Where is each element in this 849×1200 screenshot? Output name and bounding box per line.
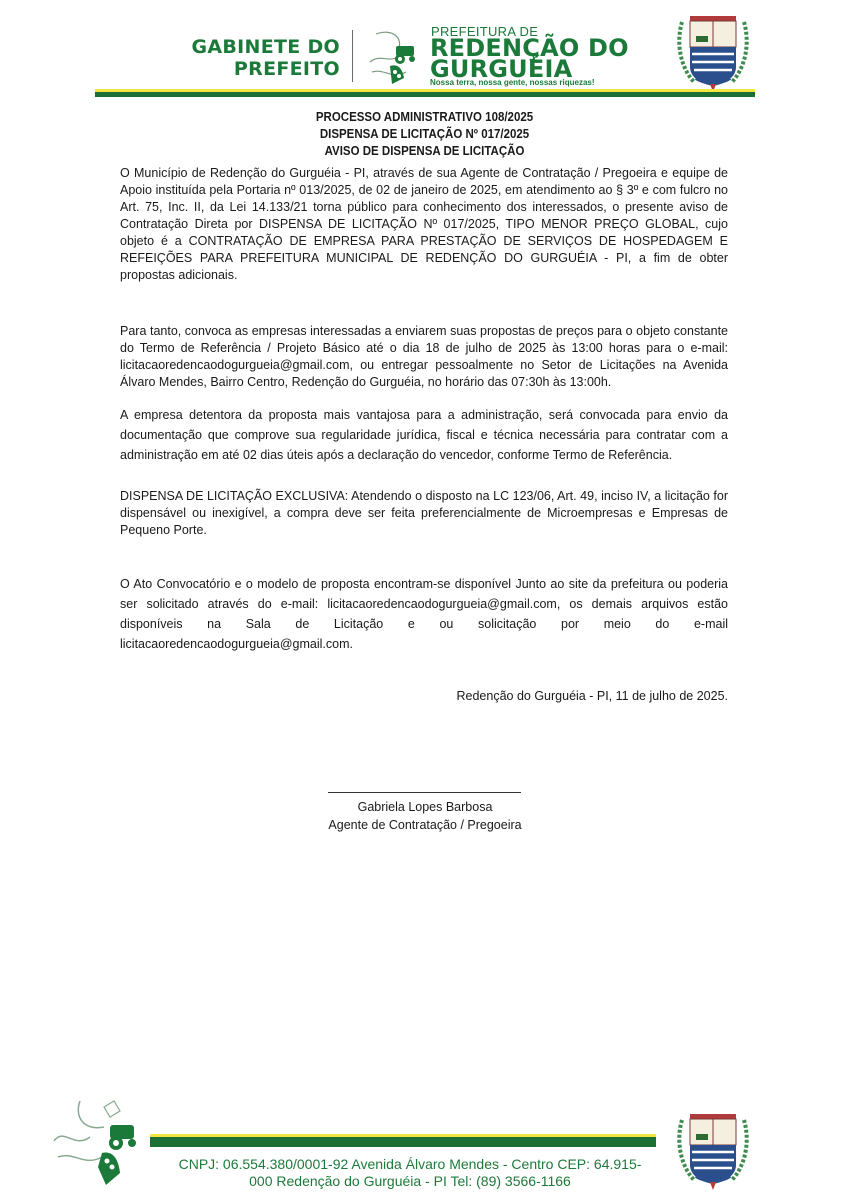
paragraph-documents: O Ato Convocatório e o modelo de propost… xyxy=(120,574,728,654)
paragraph-intro: O Município de Redenção do Gurguéia - PI… xyxy=(120,165,728,284)
signer-role: Agente de Contratação / Pregoeira xyxy=(280,816,570,834)
agriculture-emblem-icon xyxy=(362,22,428,88)
signature-block: Gabriela Lopes Barbosa Agente de Contrat… xyxy=(280,798,570,834)
slogan: Nossa terra, nossa gente, nossas riqueza… xyxy=(430,78,595,87)
paragraph-winner: A empresa detentora da proposta mais van… xyxy=(120,405,728,465)
footer-rule-green xyxy=(150,1137,656,1147)
signature-line xyxy=(328,792,521,793)
office-line-1: GABINETE DO xyxy=(190,36,340,58)
signer-name: Gabriela Lopes Barbosa xyxy=(280,798,570,816)
paragraph-proposals: Para tanto, convoca as empresas interess… xyxy=(120,323,728,391)
municipal-coat-of-arms-icon xyxy=(676,1110,750,1192)
title-dispensa: DISPENSA DE LICITAÇÃO Nº 017/2025 xyxy=(34,126,815,143)
office-line-2: PREFEITO xyxy=(190,58,340,80)
footer-cnpj-line: CNPJ: 06.554.380/0001-92 Avenida Álvaro … xyxy=(150,1156,670,1173)
title-process: PROCESSO ADMINISTRATIVO 108/2025 xyxy=(34,109,815,126)
office-name: GABINETE DO PREFEITO xyxy=(190,36,340,80)
header-rule-green xyxy=(95,92,755,97)
document-title: PROCESSO ADMINISTRATIVO 108/2025 DISPENS… xyxy=(0,109,849,160)
header-separator xyxy=(352,30,353,82)
municipal-coat-of-arms-icon xyxy=(676,12,750,94)
title-aviso: AVISO DE DISPENSA DE LICITAÇÃO xyxy=(34,143,815,160)
footer-city-phone-line: 000 Redenção do Gurguéia - PI Tel: (89) … xyxy=(150,1173,670,1190)
place-date: Redenção do Gurguéia - PI, 11 de julho d… xyxy=(300,689,728,703)
agriculture-emblem-icon xyxy=(44,1097,144,1189)
footer-address: CNPJ: 06.554.380/0001-92 Avenida Álvaro … xyxy=(150,1156,670,1190)
paragraph-exclusive: DISPENSA DE LICITAÇÃO EXCLUSIVA: Atenden… xyxy=(120,488,728,539)
